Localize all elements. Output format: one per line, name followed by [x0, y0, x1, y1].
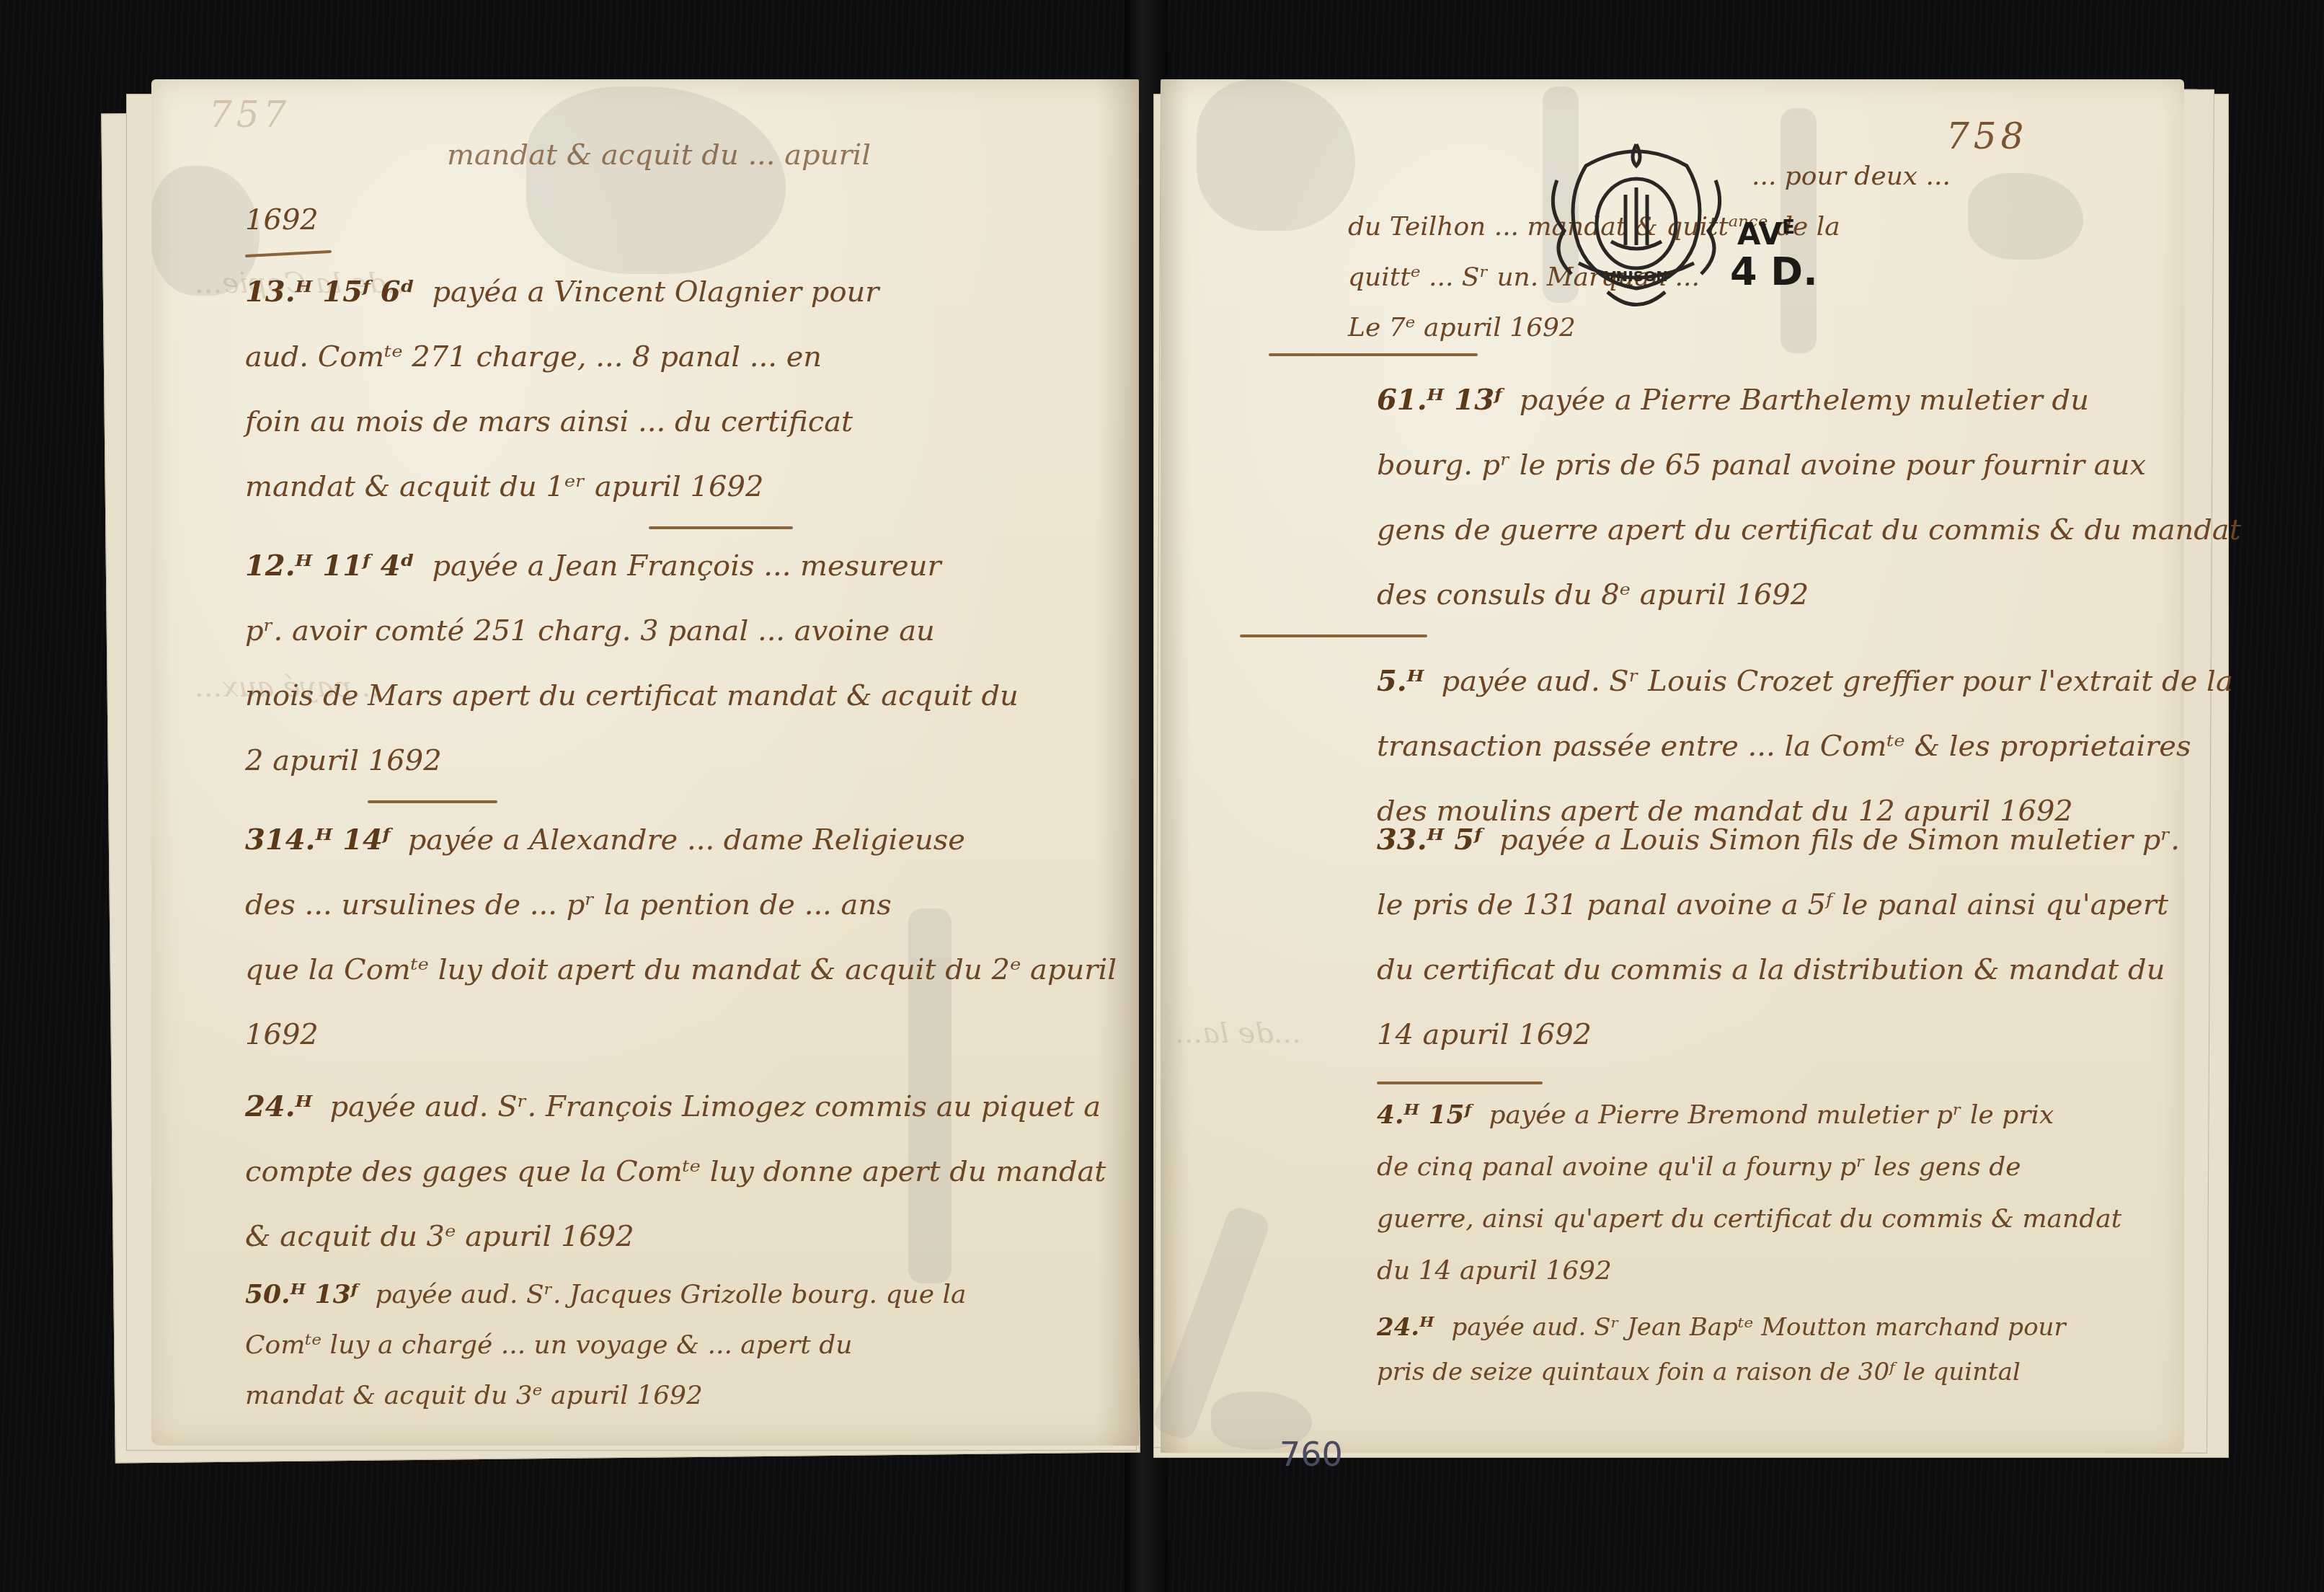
ledger-entry: 4.ᴴ 15ᶠpayée a Pierre Bremond muletier p… — [1377, 1089, 2121, 1297]
stamp-value-line1: AVE — [1737, 216, 1795, 252]
ledger-entry: 24.ᴴpayée aud. Sʳ Jean Bapᵗᵉ Moutton mar… — [1377, 1305, 2066, 1394]
separator-rule — [368, 800, 497, 803]
separator-rule — [1240, 634, 1427, 637]
water-stain — [1197, 79, 1355, 231]
ledger-entry: 314.ᴴ 14ᶠpayée a Alexandre ... dame Reli… — [245, 808, 1117, 1067]
ledger-entry: 61.ᴴ 13ᶠpayée a Pierre Barthelemy muleti… — [1377, 368, 2241, 627]
separator-rule — [1269, 353, 1478, 356]
svg-text:VNISON: VNISON — [1605, 267, 1668, 285]
folio-number: 758 — [1946, 115, 2028, 157]
ledger-entry: 24.ᴴpayée aud. Sʳ. François Limogez comm… — [245, 1074, 1106, 1269]
pencil-page-number: 760 — [1279, 1435, 1343, 1474]
carryover-line: mandat & acquit du ... apuril 1692 — [245, 123, 871, 252]
ledger-entry: 12.ᴴ 11ᶠ 4ᵈpayée a Jean François ... mes… — [245, 534, 1019, 793]
gutter-shadow — [1161, 79, 1189, 1453]
crest-stamp-icon: VNISON — [1543, 137, 1730, 317]
separator-rule — [1377, 1082, 1543, 1084]
separator-rule — [649, 526, 793, 529]
tax-stamp: VNISON — [1543, 137, 1730, 317]
stamp-value-line2: 4 D. — [1730, 249, 1818, 294]
left-page: ...de la Copie... ...payé aux... 757 man… — [151, 79, 1139, 1446]
bleed-through-text: ...de la... — [1175, 1017, 1301, 1050]
water-stain — [1968, 173, 2083, 260]
ledger-entry: 33.ᴴ 5ᶠpayée a Louis Simon fils de Simon… — [1377, 808, 2180, 1067]
ledger-entry: 13.ᴴ 15ᶠ 6ᵈpayéa a Vincent Olagnier pour… — [245, 260, 879, 519]
